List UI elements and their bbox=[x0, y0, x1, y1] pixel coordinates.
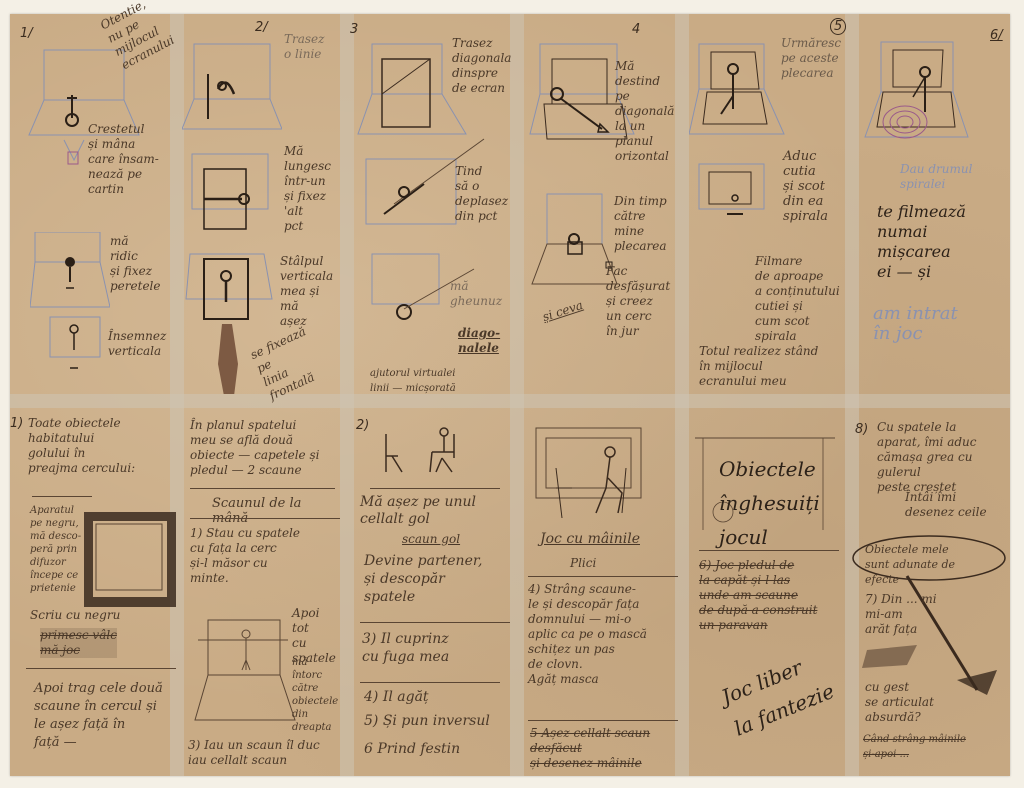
handwritten-note: Joc cu mâinile bbox=[540, 532, 640, 547]
panel-bottom-6: 8) Cu spatele la aparat, îmi aduc cămașa… bbox=[855, 410, 1010, 776]
stage-sketch bbox=[190, 610, 300, 735]
panel-top-5: 5 Urmăresc pe aceste plecarea Aduc cutia… bbox=[685, 14, 845, 394]
handwritten-note: te filmează numai mișcarea ei — și bbox=[877, 202, 966, 282]
handwritten-note: 7) Din ... mi mi-am arăt fața bbox=[865, 592, 937, 637]
handwritten-note: mă întorc către obiectele din dreapta bbox=[292, 656, 340, 734]
panel-bottom-3: 2) Mă așez pe unul cellalt gol scaun gol… bbox=[350, 410, 510, 776]
handwritten-note: am intrat în joc bbox=[873, 304, 958, 344]
handwritten-note: 1) Stau cu spatele cu fața la cerc și-l … bbox=[190, 526, 300, 586]
panel-number: 2) bbox=[356, 418, 369, 433]
stage-sketch bbox=[863, 32, 973, 152]
handwritten-note: diago- nalele bbox=[458, 326, 500, 356]
handwritten-note: Scriu cu negru bbox=[30, 608, 120, 623]
divider-line bbox=[528, 720, 678, 721]
panel-number: 1/ bbox=[20, 26, 33, 41]
handwritten-note: Stâlpul verticala mea și mă așez bbox=[280, 254, 333, 329]
handwritten-note: mă ridic și fixez peretele bbox=[110, 234, 160, 294]
handwritten-note: Crestetul și mâna care însam- nează pe c… bbox=[88, 122, 159, 197]
panel-top-1: 1/ Otentie, nu pe mijlocul ecranului Cre… bbox=[10, 14, 170, 394]
handwritten-note: primesc vâlc mă joc bbox=[40, 628, 117, 658]
handwritten-note: Din timp către mine plecarea bbox=[614, 194, 667, 254]
stage-sketch bbox=[526, 418, 656, 528]
panel-top-4: 4 Mă destind pe diagonală la un planul o… bbox=[520, 14, 680, 394]
panel-top-2: 2/ Trasez o linie Mă lungesc într-un și … bbox=[180, 14, 340, 394]
handwritten-note: Când strâng mâinile și-apoi ... bbox=[863, 732, 966, 762]
handwritten-note: Trasez o linie bbox=[284, 32, 324, 62]
panel-top-3: 3 Trasez diagonala dinspre de ecran Tind… bbox=[350, 14, 510, 394]
panel-bottom-5: Obiectele înghesuiți jocul 6) Joc pledul… bbox=[685, 410, 845, 776]
figure-sketch bbox=[30, 232, 110, 392]
divider-line bbox=[370, 488, 500, 489]
handwritten-note: cu gest se articulat absurdă? bbox=[865, 680, 934, 725]
handwritten-note: Devine partener, și descopăr spatele bbox=[364, 552, 482, 606]
handwritten-note: În planul spatelui meu se află două obie… bbox=[190, 418, 319, 478]
handwritten-note: Întâi îmi desenez ceile bbox=[905, 490, 987, 520]
handwritten-note: Obiectele mele sunt adunate de efecte bbox=[865, 542, 955, 587]
handwritten-note: Apoi trag cele două scaune în cercul și … bbox=[34, 680, 163, 752]
handwritten-note: 3) Iau un scaun îl duc iau cellalt scaun bbox=[188, 738, 320, 768]
handwritten-note: Însemnez verticala bbox=[108, 329, 166, 359]
handwritten-note: ajutorul virtualei linii — micșorată bbox=[370, 366, 456, 396]
handwritten-note: Cu spatele la aparat, îmi aduc cămașa gr… bbox=[877, 420, 1010, 495]
handwritten-note: Tind să o deplasez din pct bbox=[455, 164, 508, 224]
handwritten-note: Toate obiectele habitatului golului în p… bbox=[28, 416, 135, 476]
panel-number: 5 bbox=[830, 18, 846, 35]
divider-line bbox=[26, 668, 176, 669]
handwritten-note: 4) Strâng scaune- le și descopăr fața do… bbox=[528, 582, 647, 687]
handwritten-note: mă gheunuz bbox=[450, 279, 502, 309]
handwritten-note: Mă lungesc într-un și fixez 'alt pct bbox=[284, 144, 331, 234]
handwritten-note: scaun gol bbox=[402, 532, 460, 547]
handwritten-note: 5 Așez cellalt scaun desfăcut și desenez… bbox=[530, 726, 650, 771]
handwritten-note: 4) Il agăț bbox=[364, 690, 429, 705]
handwritten-note: 6 Prind festin bbox=[364, 742, 460, 757]
handwritten-note: Aparatul pe negru, mă desco- peră prin d… bbox=[30, 504, 81, 595]
handwritten-note: 5) Și pun inversul bbox=[364, 714, 490, 729]
handwritten-note: Filmare de aproape a conținutului cutiei… bbox=[755, 254, 840, 344]
divider-line bbox=[32, 496, 92, 497]
panel-number: 6/ bbox=[990, 28, 1003, 43]
panel-bottom-1: 1) Toate obiectele habitatului golului î… bbox=[10, 410, 170, 776]
divider-line bbox=[190, 518, 340, 519]
handwritten-note: Scaunul de la mână bbox=[212, 496, 340, 526]
handwritten-note: Totul realizez stând în mijlocul ecranul… bbox=[699, 344, 818, 389]
handwritten-note: Trasez diagonala dinspre de ecran bbox=[452, 36, 511, 96]
frame-sketch bbox=[84, 512, 176, 607]
divider-line bbox=[528, 576, 678, 577]
manuscript-sheet: 1/ Otentie, nu pe mijlocul ecranului Cre… bbox=[10, 14, 1010, 776]
handwritten-note: Obiectele înghesuiți jocul bbox=[719, 452, 820, 554]
divider-line bbox=[360, 682, 500, 683]
handwritten-note: Aduc cutia și scot din ea spirala bbox=[783, 149, 828, 224]
handwritten-note: Urmăresc pe aceste plecarea bbox=[781, 36, 841, 81]
handwritten-note: Plici bbox=[570, 556, 596, 571]
handwritten-note: Mă destind pe diagonală la un planul ori… bbox=[615, 59, 674, 164]
tape-strip bbox=[10, 394, 1010, 408]
handwritten-note: Mă așez pe unul cellalt gol bbox=[360, 494, 476, 528]
panel-top-6: 6/ Dau drumul spiralei te filmează numai… bbox=[855, 14, 1010, 394]
panel-number: 2/ bbox=[255, 20, 268, 35]
panel-bottom-2: În planul spatelui meu se află două obie… bbox=[180, 410, 340, 776]
handwritten-note: Dau drumul spiralei bbox=[900, 162, 972, 192]
panel-number: 8) bbox=[855, 422, 868, 437]
chairs-sketch bbox=[376, 424, 476, 484]
panel-bottom-4: Joc cu mâinile Plici 4) Strâng scaune- l… bbox=[520, 410, 680, 776]
divider-line bbox=[699, 550, 839, 551]
divider-line bbox=[360, 622, 510, 623]
panel-number: 1) bbox=[10, 416, 23, 431]
handwritten-note: Joc liber la fantezie bbox=[716, 643, 839, 746]
stage-sketch bbox=[689, 34, 789, 234]
handwritten-note: Fac desfășurat și creez un cerc în jur bbox=[606, 264, 670, 339]
handwritten-note: 3) Il cuprinz cu fuga mea bbox=[362, 630, 449, 666]
divider-line bbox=[190, 488, 335, 489]
handwritten-note: 6) Joc pledul de la capăt și-l las unde … bbox=[699, 558, 817, 633]
